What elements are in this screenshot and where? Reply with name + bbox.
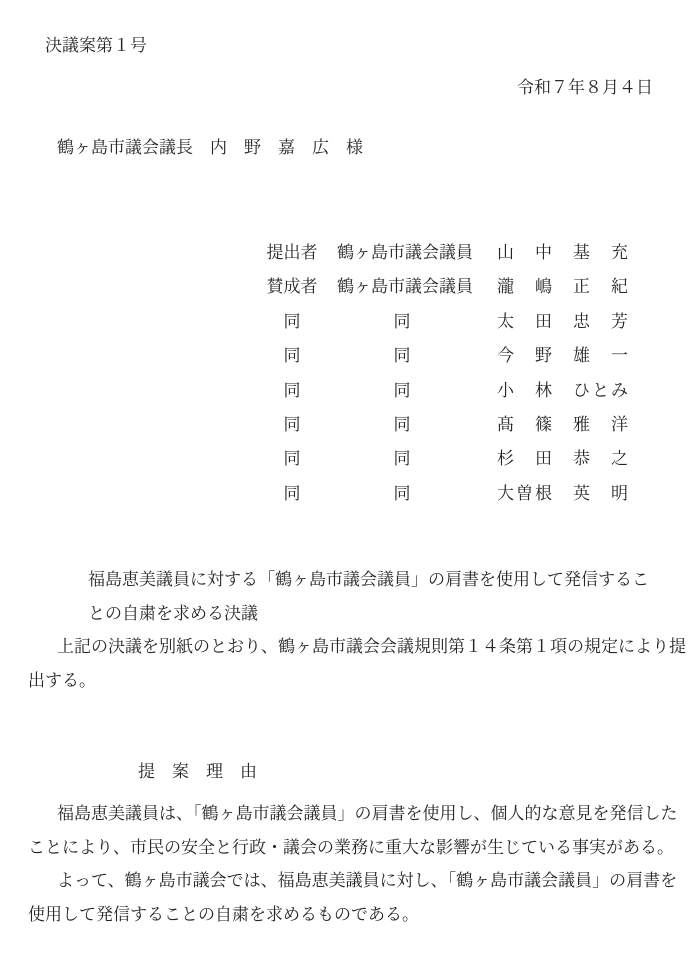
signatory-role: 同 — [263, 477, 321, 511]
addressee-line: 鶴ヶ島市議会議長 内 野 嘉 広 様 — [57, 133, 363, 158]
reason-heading: 提 案 理 由 — [138, 763, 257, 780]
resolution-title-line: 福島恵美議員に対する「鶴ヶ島市議会議員」の肩書を使用して発信するこ — [88, 563, 649, 597]
reason-line: 使用して発信することの自粛を求めるものである。 — [28, 898, 678, 932]
signatory-row: 提出者 鶴ヶ島市議会議員 山 中 基 充 — [263, 236, 630, 270]
signatory-name: 山 中 基 充 — [497, 236, 630, 270]
document-page: 決議案第１号 令和７年８月４日 鶴ヶ島市議会議長 内 野 嘉 広 様 提出者 鶴… — [0, 0, 700, 964]
signatory-row: 同 同 太 田 忠 芳 — [263, 305, 630, 339]
signatory-role: 同 — [263, 339, 321, 373]
signatory-row: 同 同 今 野 雄 一 — [263, 339, 630, 373]
document-date: 令和７年８月４日 — [517, 73, 653, 98]
signatory-role: 賛成者 — [263, 270, 321, 304]
signatory-role: 提出者 — [263, 236, 321, 270]
submission-paragraph: 上記の決議を別紙のとおり、鶴ヶ島市議会会議規則第１４条第１項の規定により提 出す… — [28, 630, 686, 698]
signatory-list: 提出者 鶴ヶ島市議会議員 山 中 基 充 賛成者 鶴ヶ島市議会議員 瀧 嶋 正 … — [263, 236, 630, 511]
signatory-row: 賛成者 鶴ヶ島市議会議員 瀧 嶋 正 紀 — [263, 270, 630, 304]
reason-line: ことにより、市民の安全と行政・議会の業務に重大な影響が生じている事実がある。 — [28, 831, 678, 865]
reason-line: 福島恵美議員は、「鶴ヶ島市議会議員」の肩書を使用し、個人的な意見を発信した — [28, 797, 678, 831]
doc-number: 決議案第１号 — [45, 31, 147, 56]
resolution-title: 福島恵美議員に対する「鶴ヶ島市議会議員」の肩書を使用して発信するこ との自粛を求… — [88, 563, 649, 631]
reason-paragraph: 福島恵美議員は、「鶴ヶ島市議会議員」の肩書を使用し、個人的な意見を発信した こと… — [28, 797, 678, 931]
signatory-affiliation: 同 — [337, 374, 467, 408]
signatory-affiliation: 鶴ヶ島市議会議員 — [337, 270, 467, 304]
signatory-name: 瀧 嶋 正 紀 — [497, 270, 630, 304]
signatory-affiliation: 同 — [337, 305, 467, 339]
signatory-role: 同 — [263, 374, 321, 408]
signatory-name: 杉 田 恭 之 — [497, 442, 630, 476]
signatory-role: 同 — [263, 305, 321, 339]
signatory-affiliation: 同 — [337, 339, 467, 373]
signatory-name: 今 野 雄 一 — [497, 339, 630, 373]
signatory-role: 同 — [263, 408, 321, 442]
signatory-name: 大曽根 英 明 — [497, 477, 630, 511]
signatory-name: 髙 篠 雅 洋 — [497, 408, 630, 442]
signatory-affiliation: 同 — [337, 477, 467, 511]
signatory-row: 同 同 小 林 ひとみ — [263, 374, 630, 408]
signatory-affiliation: 同 — [337, 408, 467, 442]
reason-line: よって、鶴ヶ島市議会では、福島恵美議員に対し、「鶴ヶ島市議会議員」の肩書を — [28, 864, 678, 898]
resolution-title-line: との自粛を求める決議 — [88, 597, 649, 631]
signatory-affiliation: 鶴ヶ島市議会議員 — [337, 236, 467, 270]
submission-line: 出する。 — [28, 664, 686, 698]
submission-line: 上記の決議を別紙のとおり、鶴ヶ島市議会会議規則第１４条第１項の規定により提 — [28, 630, 686, 664]
signatory-affiliation: 同 — [337, 442, 467, 476]
signatory-role: 同 — [263, 442, 321, 476]
signatory-row: 同 同 杉 田 恭 之 — [263, 442, 630, 476]
signatory-row: 同 同 髙 篠 雅 洋 — [263, 408, 630, 442]
signatory-name: 太 田 忠 芳 — [497, 305, 630, 339]
signatory-name: 小 林 ひとみ — [497, 374, 630, 408]
signatory-row: 同 同 大曽根 英 明 — [263, 477, 630, 511]
